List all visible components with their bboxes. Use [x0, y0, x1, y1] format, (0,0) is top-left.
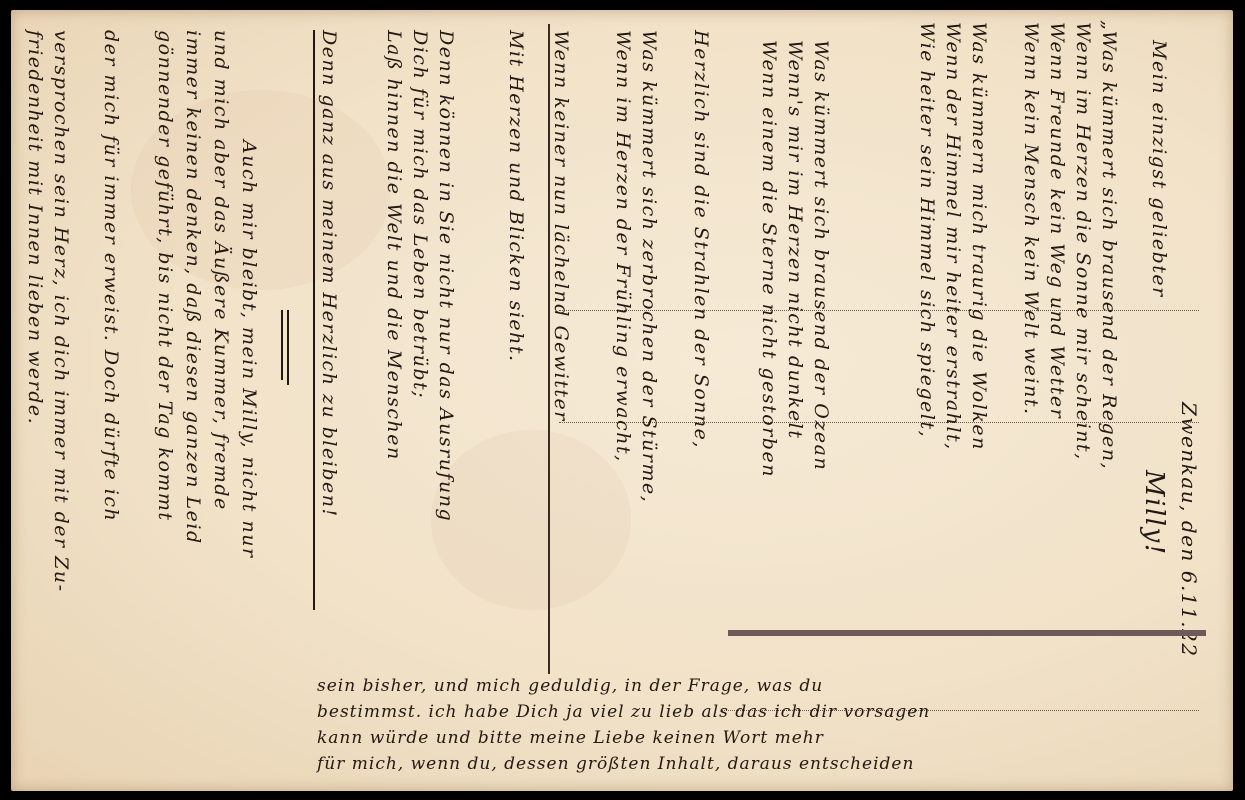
stamp-rule	[728, 630, 1206, 636]
text-line: Dich für mich das Leben betrübt;	[410, 30, 429, 399]
text-line: Denn können in Sie nicht nur das Ausrufu…	[436, 30, 455, 522]
text-line: Wenn's mir im Herzen nicht dunkelt	[785, 40, 804, 439]
text-line: Wenn kein Mensch kein Welt weint.	[1021, 22, 1040, 416]
text-line: Was kümmern mich traurig die Wolken	[969, 22, 988, 451]
text-line: Mein einzigst geliebter	[1149, 40, 1168, 298]
text-line: Was kümmert sich zerbrochen der Stürme,	[639, 30, 658, 503]
underline-stroke	[281, 310, 283, 380]
center-divider	[548, 24, 550, 674]
text-line: Wenn einem die Sterne nicht gestorben	[759, 40, 778, 478]
text-line: Herzlich sind die Strahlen der Sonne,	[691, 30, 710, 449]
text-line: kann würde und bitte meine Liebe keinen …	[317, 728, 824, 748]
text-line: „Was kümmert sich brausend der Regen,	[1099, 20, 1118, 470]
underline-stroke	[313, 30, 315, 610]
text-line: Wenn der Himmel mir heiter erstrahlt,	[943, 22, 962, 451]
place-date: Zwenkau, den 6.11.22	[1179, 402, 1199, 658]
salutation: Milly!	[1141, 470, 1167, 556]
text-line: für mich, wenn du, dessen größten Inhalt…	[317, 754, 914, 774]
text-line: versprochen sein Herz, ich dich immer mi…	[51, 30, 70, 593]
text-line: Wie heiter sein Himmel sich spiegelt,	[917, 22, 936, 438]
text-line: Laß hinnen die Welt und die Menschen	[384, 30, 403, 461]
text-line: Was kümmert sich brausend der Ozean	[811, 40, 830, 471]
text-line: der mich für immer erweist. Doch dürfte …	[101, 30, 120, 522]
paper-stain	[431, 430, 631, 610]
text-line: sein bisher, und mich geduldig, in der F…	[317, 676, 823, 696]
text-line: Wenn im Herzen die Sonne mir scheint,	[1073, 22, 1092, 461]
text-line: Wenn keiner nun lächelnd Gewitter	[551, 30, 570, 422]
text-line: Denn ganz aus meinem Herzlich zu bleiben…	[319, 30, 338, 518]
underline-stroke	[287, 310, 289, 385]
text-line: Auch mir bleibt, mein Milly, nicht nur	[239, 140, 258, 559]
text-line: gönnender geführt, bis nicht der Tag kom…	[155, 30, 174, 522]
text-line: Mit Herzen und Blicken sieht.	[506, 30, 525, 363]
text-line: Wenn Freunde kein Weg und Wetter	[1047, 22, 1066, 419]
text-line: friedenheit mit Innen lieben werde.	[25, 30, 44, 425]
postcard: Zwenkau, den 6.11.22 Milly! Mein einzigs…	[11, 10, 1233, 791]
text-line: bestimmst. ich habe Dich ja viel zu lieb…	[317, 702, 930, 722]
text-line: immer keinen denken, daß diesen ganzen L…	[183, 30, 202, 545]
text-line: Wenn im Herzen der Frühling erwacht,	[613, 30, 632, 463]
text-line: und mich aber das Äußere Kummer, fremde	[211, 30, 230, 511]
